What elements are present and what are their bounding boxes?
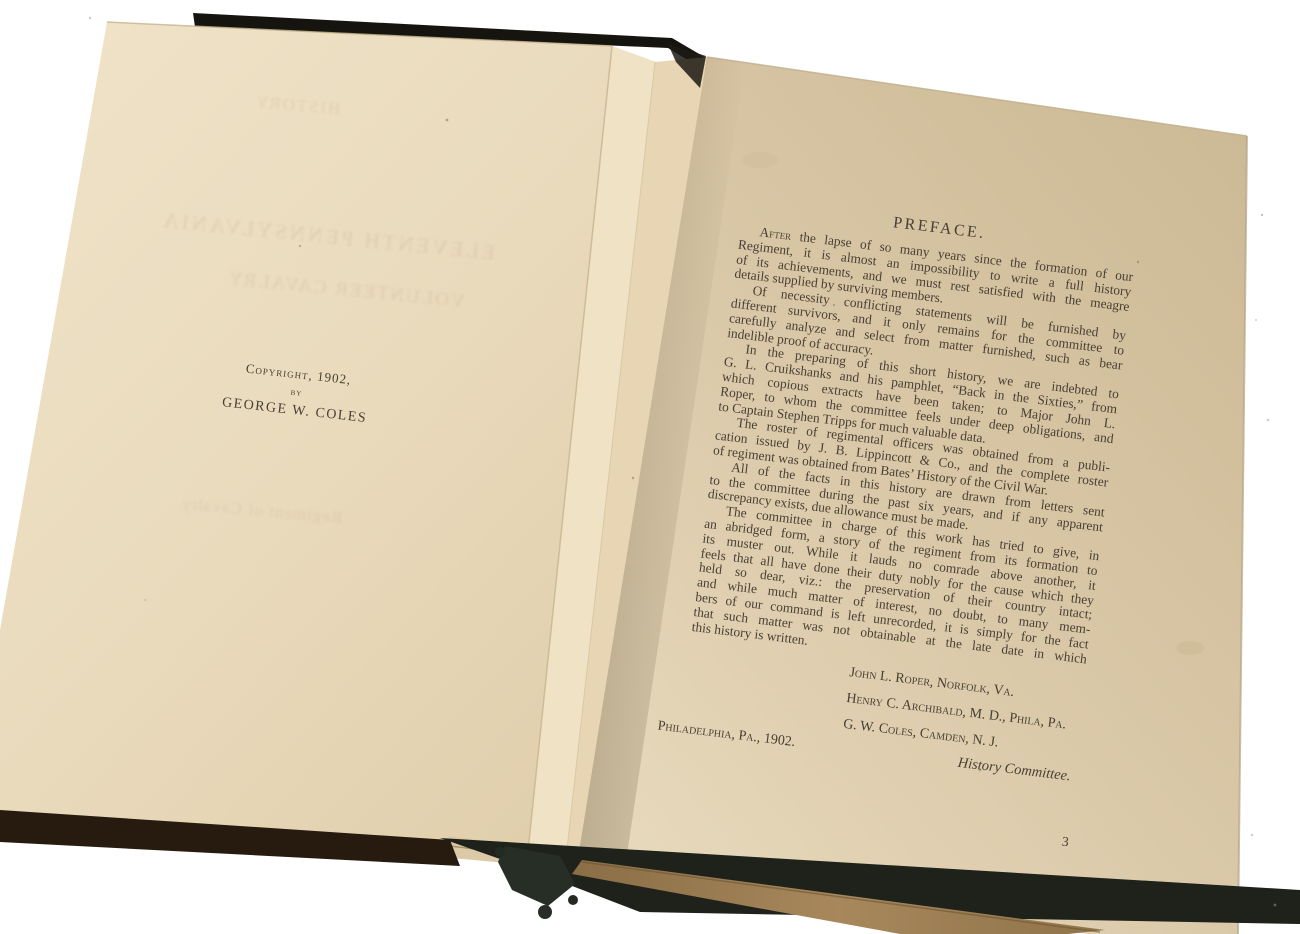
preface-page: PREFACE. After the lapse of so many year… (678, 196, 1137, 786)
book-photo: HISTORY ELEVENTH PENNSYLVANIA VOLUNTEER … (0, 0, 1300, 934)
preface-paragraphs: After the lapse of so many years since t… (691, 223, 1134, 682)
